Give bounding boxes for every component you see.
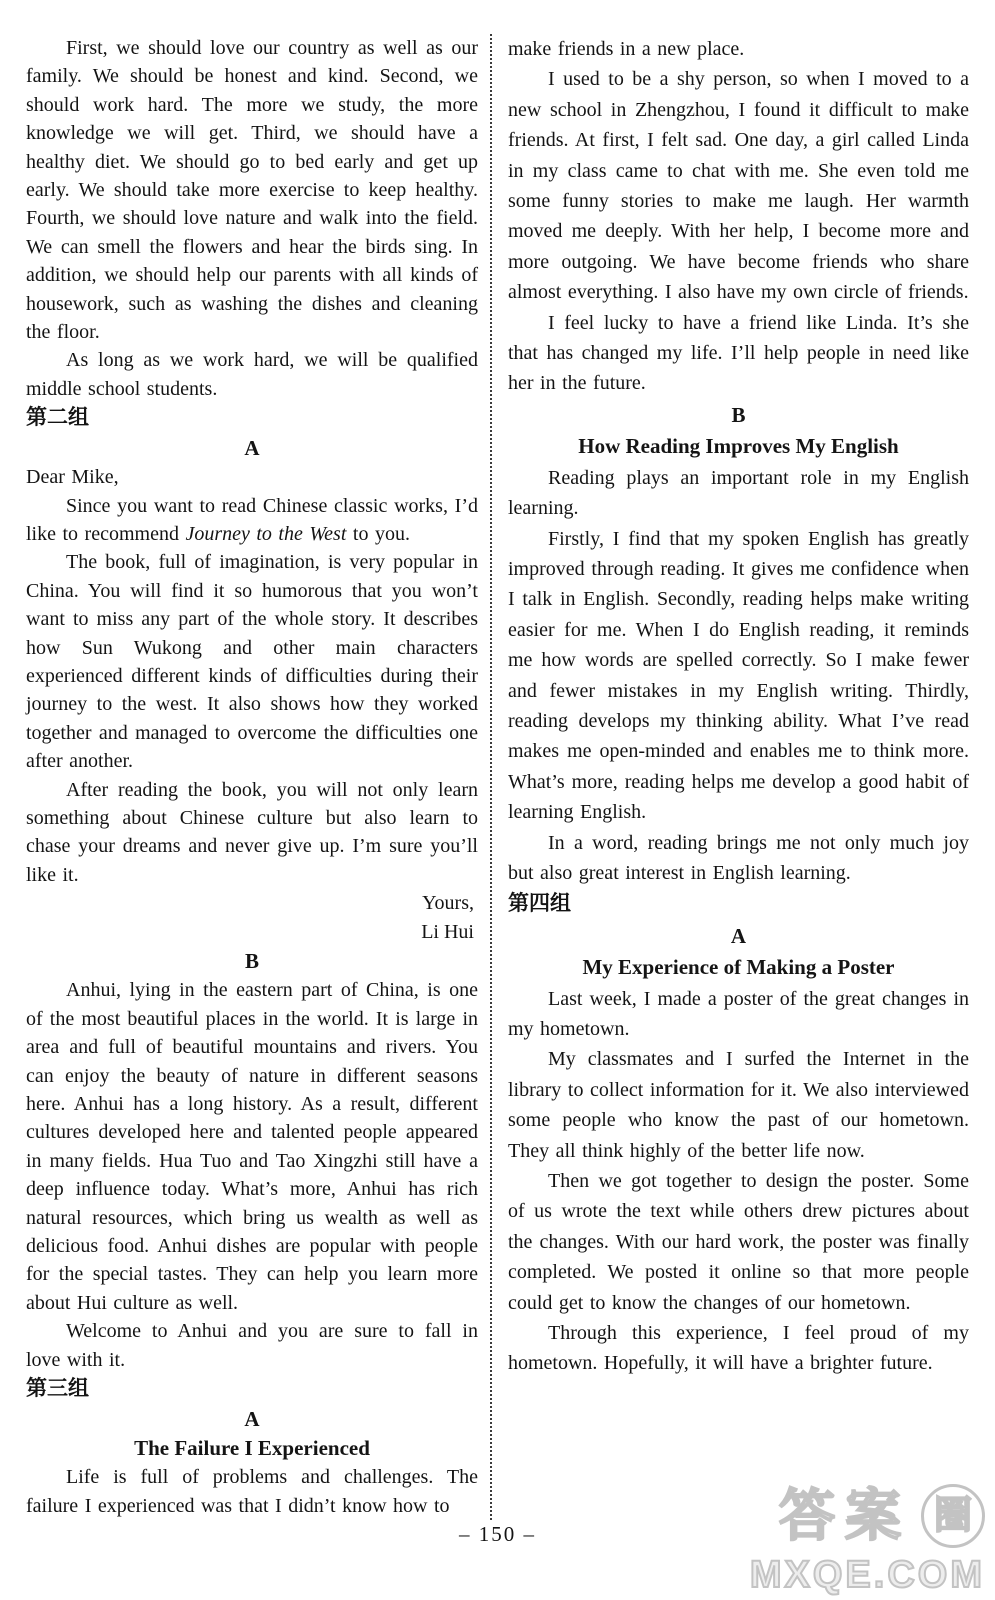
section-header-group-2: 第二组	[26, 404, 478, 432]
essay-title-reading: How Reading Improves My English	[508, 431, 969, 461]
paragraph: I used to be a shy person, so when I mov…	[508, 64, 969, 307]
part-label-b: B	[26, 947, 478, 975]
paragraph: Life is full of problems and challenges.…	[26, 1463, 478, 1520]
signature-name: Li Hui	[26, 918, 478, 946]
paragraph: As long as we work hard, we will be qual…	[26, 346, 478, 403]
paragraph: Reading plays an important role in my En…	[508, 463, 969, 524]
paragraph: Through this experience, I feel proud of…	[508, 1318, 969, 1379]
letter-salutation: Dear Mike,	[26, 463, 478, 491]
essay-title-failure: The Failure I Experienced	[26, 1434, 478, 1462]
watermark-domain-text: MXQE.COM	[750, 1556, 985, 1594]
paragraph-text: to you.	[346, 523, 410, 545]
left-column: First, we should love our country as wel…	[26, 34, 478, 1520]
paragraph: Then we got together to design the poste…	[508, 1166, 969, 1318]
section-header-group-4: 第四组	[508, 889, 969, 919]
signature-yours: Yours,	[26, 889, 478, 917]
part-label-a: A	[26, 1405, 478, 1433]
paragraph: I feel lucky to have a friend like Linda…	[508, 308, 969, 399]
paragraph: The book, full of imagination, is very p…	[26, 548, 478, 775]
part-label-a: A	[26, 434, 478, 462]
section-header-group-3: 第三组	[26, 1375, 478, 1403]
paragraph: In a word, reading brings me not only mu…	[508, 828, 969, 889]
paragraph-continuation: make friends in a new place.	[508, 34, 969, 64]
watermark-logo-prefix: 答案	[779, 1488, 911, 1544]
paragraph: Welcome to Anhui and you are sure to fal…	[26, 1317, 478, 1374]
part-label-b: B	[508, 400, 969, 430]
watermark-circle-badge: 圈	[921, 1484, 985, 1548]
paragraph: Since you want to read Chinese classic w…	[26, 492, 478, 549]
paragraph: Firstly, I find that my spoken English h…	[508, 524, 969, 828]
right-column: make friends in a new place. I used to b…	[508, 34, 969, 1520]
watermark-logo-text: 答案圈	[750, 1484, 985, 1548]
page-body: First, we should love our country as wel…	[0, 0, 995, 1520]
paragraph: After reading the book, you will not onl…	[26, 776, 478, 890]
column-divider	[490, 34, 492, 1520]
essay-title-poster: My Experience of Making a Poster	[508, 952, 969, 982]
book-title-italic: Journey to the West	[185, 523, 346, 545]
paragraph: Last week, I made a poster of the great …	[508, 984, 969, 1045]
paragraph: First, we should love our country as wel…	[26, 34, 478, 346]
part-label-a: A	[508, 921, 969, 951]
watermark: 答案圈 MXQE.COM	[750, 1484, 985, 1594]
paragraph: Anhui, lying in the eastern part of Chin…	[26, 976, 478, 1317]
paragraph: My classmates and I surfed the Internet …	[508, 1044, 969, 1166]
